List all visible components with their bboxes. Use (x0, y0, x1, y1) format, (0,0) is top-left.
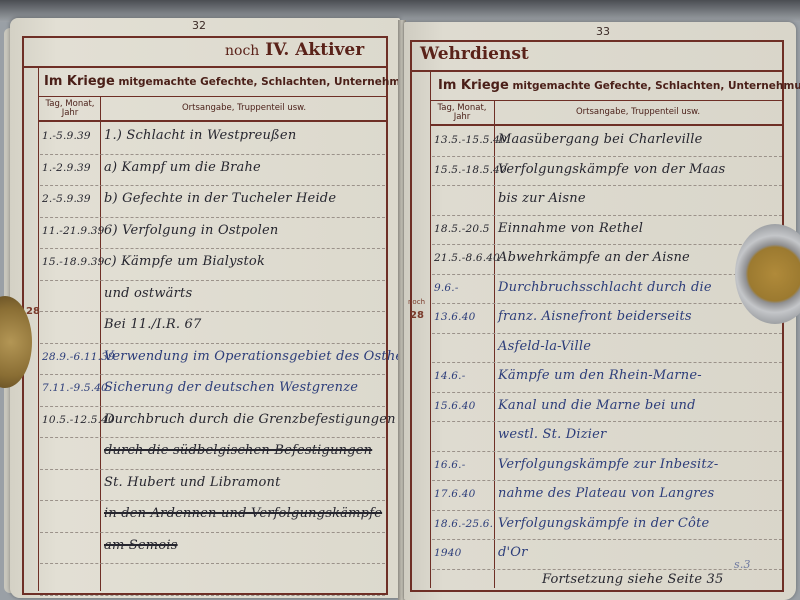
entry-text: in den Ardennen und Verfolgungskämpfe (104, 506, 382, 521)
page-title: Wehrdienst (420, 44, 529, 64)
entry-date: 9.6.- (434, 282, 459, 294)
entry-date: 14.6.- (434, 370, 465, 382)
column-header-date: Tag, Monat, Jahr (40, 100, 100, 118)
ruled-line (432, 215, 782, 216)
ruled-line (40, 532, 385, 533)
ruled-line (432, 362, 782, 363)
entry-text: Sicherung der deutschen Westgrenze (104, 380, 358, 395)
entry-date: 11.-21.9.39 (42, 225, 105, 237)
entry-text: am Semois (104, 538, 178, 553)
column-header-date: Tag, Monat, Jahr (432, 104, 492, 122)
divider (430, 100, 784, 101)
page-number: 33 (596, 25, 610, 38)
entry-text: nahme des Plateau von Langres (498, 486, 714, 501)
subheading-rest: mitgemachte Gefechte, Schlachten, Untern… (512, 80, 800, 92)
ruled-line (432, 451, 782, 452)
entry-text: franz. Aisnefront beiderseits (498, 309, 692, 324)
column-header-place: Ortsangabe, Truppenteil usw. (102, 104, 386, 113)
ruled-line (432, 510, 782, 511)
entry-text: d'Or (498, 545, 528, 560)
ruled-line (432, 185, 782, 186)
entry-text: Bei 11./I.R. 67 (104, 317, 201, 332)
divider (410, 70, 784, 72)
column-divider (100, 96, 101, 591)
margin-line (38, 66, 39, 591)
entry-date: 18.6.-25.6. (434, 518, 493, 530)
entry-text: Kanal und die Marne bei und (498, 398, 696, 413)
page-title: noch IV. Aktiver (225, 40, 364, 60)
subheading-bold: Im Kriege (438, 78, 509, 93)
ruled-line (432, 421, 782, 422)
entry-text: westl. St. Dizier (498, 427, 606, 442)
entry-text: Einnahme von Rethel (498, 221, 643, 236)
entry-date: 16.6.- (434, 459, 465, 471)
right-page: 33 Wehrdienst Im Kriege mitgemachte Gefe… (404, 22, 796, 600)
entry-text: durch die südbelgischen Befestigungen (104, 443, 372, 458)
entry-date: 1.-2.9.39 (42, 162, 91, 174)
entry-date: 13.6.40 (434, 311, 475, 323)
entry-text: Verfolgungskämpfe in der Côte (498, 516, 709, 531)
ruled-line (40, 280, 385, 281)
ruled-line (432, 392, 782, 393)
ruled-line (432, 539, 782, 540)
section-subheading: Im Kriege mitgemachte Gefechte, Schlacht… (44, 74, 437, 89)
entry-text: Durchbruchsschlacht durch die (498, 280, 712, 295)
entry-date: 1.-5.9.39 (42, 130, 91, 142)
entry-text: 1.) Schlacht in Westpreußen (104, 128, 296, 143)
ruled-line (40, 595, 385, 596)
entry-date: 17.6.40 (434, 488, 475, 500)
entry-text: Verwendung im Operationsgebiet des Osthe… (104, 349, 432, 364)
margin-line (430, 70, 431, 588)
ruled-line (40, 154, 385, 155)
ruled-line (40, 406, 385, 407)
margin-mark: 28 (26, 306, 40, 317)
ruled-line (40, 500, 385, 501)
ruled-line (40, 185, 385, 186)
ruled-line (40, 343, 385, 344)
ruled-line (40, 217, 385, 218)
entry-date: 15.-18.9.39 (42, 256, 105, 268)
subheading-rest: mitgemachte Gefechte, Schlachten, Untern… (118, 76, 437, 88)
margin-mark-prefix: noch (408, 298, 425, 306)
entry-date: 13.5.-15.5.40 (434, 134, 507, 146)
entry-text: 6) Verfolgung in Ostpolen (104, 223, 278, 238)
subheading-bold: Im Kriege (44, 74, 115, 89)
footer-note: Fortsetzung siehe Seite 35 (542, 572, 723, 587)
entry-text: c) Kämpfe um Bialystok (104, 254, 265, 269)
column-header-place: Ortsangabe, Truppenteil usw. (496, 108, 780, 117)
left-page: 32 noch IV. Aktiver Im Kriege mitgemacht… (10, 18, 400, 598)
entry-text: und ostwärts (104, 286, 192, 301)
section-subheading: Im Kriege mitgemachte Gefechte, Schlacht… (438, 78, 800, 93)
entry-date: 15.5.-18.5.40 (434, 164, 507, 176)
divider (38, 96, 388, 97)
ruled-line (432, 244, 782, 245)
ruled-line (40, 248, 385, 249)
entry-date: 1940 (434, 547, 462, 559)
ruled-line (40, 437, 385, 438)
corner-note: s.3 (734, 558, 751, 571)
ruled-line (432, 274, 782, 275)
margin-mark: 28 (410, 310, 424, 321)
entry-text: Verfolgungskämpfe von der Maas (498, 162, 725, 177)
entry-date: 21.5.-8.6.40 (434, 252, 500, 264)
entry-date: 2.-5.9.39 (42, 193, 91, 205)
entry-date: 7.11.-9.5.40 (42, 382, 108, 394)
ruled-line (40, 469, 385, 470)
entry-text: St. Hubert und Libramont (104, 475, 281, 490)
ruled-line (40, 563, 385, 564)
ruled-line (40, 374, 385, 375)
entry-text: a) Kampf um die Brahe (104, 160, 261, 175)
ruled-line (432, 303, 782, 304)
entry-text: Abwehrkämpfe an der Aisne (498, 250, 690, 265)
entry-text: Kämpfe um den Rhein-Marne- (498, 368, 702, 383)
divider (22, 66, 388, 68)
divider (430, 124, 784, 126)
ruled-line (432, 480, 782, 481)
entry-date: 15.6.40 (434, 400, 475, 412)
title-prefix: noch (225, 43, 259, 59)
entry-text: Verfolgungskämpfe zur Inbesitz- (498, 457, 718, 472)
ruled-line (40, 311, 385, 312)
title-text: IV. Aktiver (265, 40, 364, 60)
entry-text: bis zur Aisne (498, 191, 586, 206)
entry-text: Asfeld-la-Ville (498, 339, 591, 354)
entry-text: b) Gefechte in der Tucheler Heide (104, 191, 336, 206)
ruled-line (432, 569, 782, 570)
divider (38, 120, 388, 122)
page-number: 32 (192, 19, 206, 32)
entry-text: Maasübergang bei Charleville (498, 132, 703, 147)
ruled-line (432, 156, 782, 157)
entry-date: 18.5.-20.5 (434, 223, 490, 235)
ruled-line (432, 333, 782, 334)
